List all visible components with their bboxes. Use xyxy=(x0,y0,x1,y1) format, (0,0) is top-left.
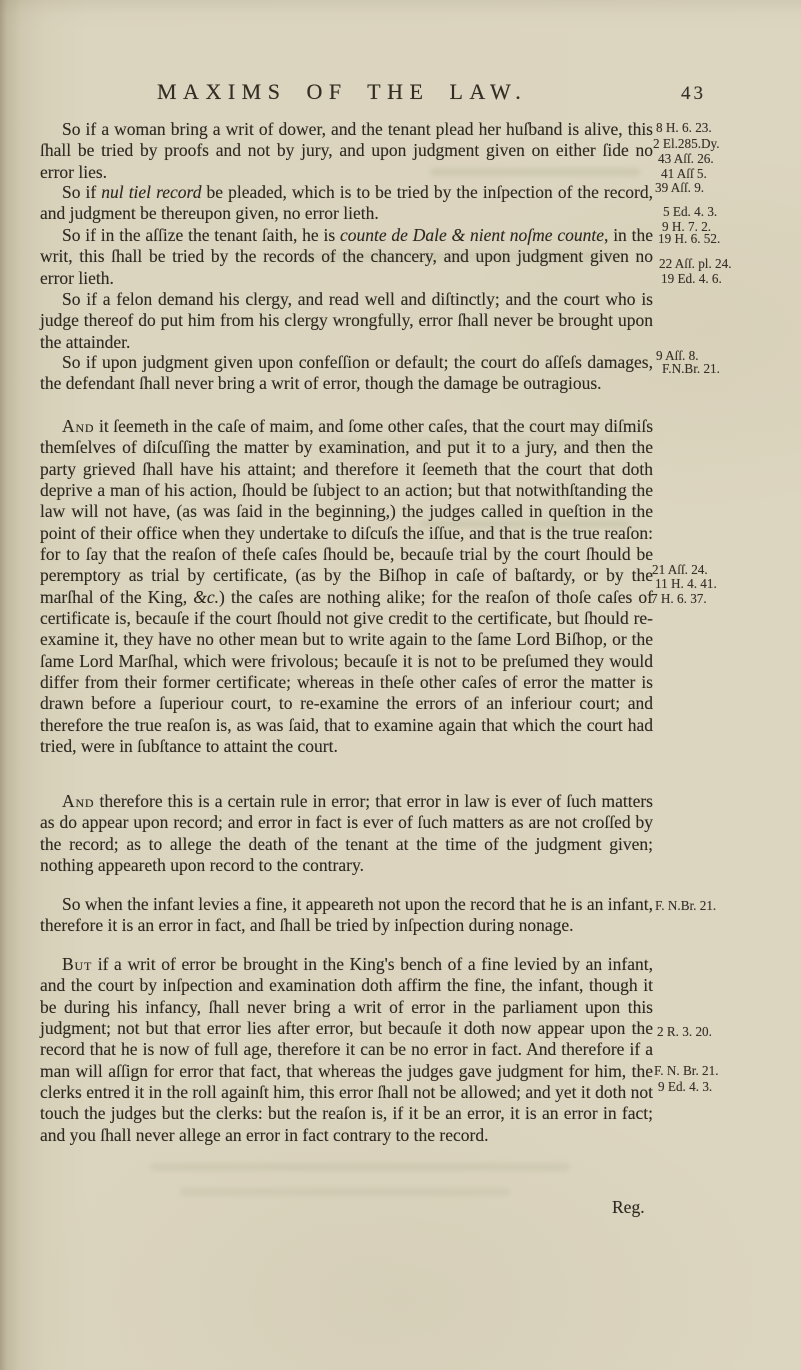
margin-citation: F.N.Br. 21. xyxy=(662,362,720,376)
paragraph: So if a woman bring a writ of dower, and… xyxy=(40,119,653,183)
text-run: So when the infant levies a fine, it app… xyxy=(40,894,653,935)
margin-citation: 41 Aſſ 5. xyxy=(661,167,707,181)
margin-citation: F. N.Br. 21. xyxy=(655,899,716,913)
margin-citation: 43 Aſſ. 26. xyxy=(658,152,714,166)
margin-citation: 5 Ed. 4. 3. xyxy=(663,205,717,219)
paragraph: And it ſeemeth in the caſe of maim, and … xyxy=(40,416,653,758)
margin-citation: 2 El.285.Dy. xyxy=(653,137,720,151)
margin-citation: F. N. Br. 21. xyxy=(654,1064,719,1078)
text-run: So if in the aſſize the tenant ſaith, he… xyxy=(62,225,340,245)
text-run: therefore this is a certain rule in erro… xyxy=(40,791,653,875)
margin-citation: 2 R. 3. 20. xyxy=(657,1025,712,1039)
margin-citation: 21 Aſſ. 24. xyxy=(652,563,708,577)
margin-citation: 22 Aſſ. pl. 24. xyxy=(659,257,732,271)
margin-citation: 7 H. 6. 37. xyxy=(651,592,707,606)
text-run: So if upon judgment given upon confeſſio… xyxy=(40,352,653,393)
page-showthrough xyxy=(150,1163,570,1171)
margin-citation: 19 H. 6. 52. xyxy=(658,232,720,246)
text-run: So if a woman bring a writ of dower, and… xyxy=(40,119,653,182)
smallcaps-word: And xyxy=(62,791,94,811)
page-number: 43 xyxy=(681,83,706,105)
smallcaps-word: And xyxy=(62,416,94,436)
smallcaps-word: But xyxy=(62,954,92,974)
paragraph: So if nul tiel record be pleaded, which … xyxy=(40,182,653,225)
margin-citation: 9 Ed. 4. 3. xyxy=(658,1080,712,1094)
text-run: So if xyxy=(62,182,101,202)
margin-citation: 39 Aſſ. 9. xyxy=(655,181,704,195)
paragraph: But if a writ of error be brought in the… xyxy=(40,954,653,1146)
paragraph: So if in the aſſize the tenant ſaith, he… xyxy=(40,225,653,289)
text-run: So if a felon demand his clergy, and rea… xyxy=(40,289,653,352)
paragraph: And therefore this is a certain rule in … xyxy=(40,791,653,876)
paragraph: So if a felon demand his clergy, and rea… xyxy=(40,289,653,353)
italic-phrase: nul tiel record xyxy=(101,182,201,202)
italic-phrase: &c. xyxy=(193,587,219,607)
text-run: it ſeemeth in the caſe of maim, and ſome… xyxy=(40,416,653,607)
text-run: if a writ of error be brought in the Kin… xyxy=(40,954,653,1145)
paragraph: So if upon judgment given upon confeſſio… xyxy=(40,352,653,395)
paragraph: So when the infant levies a fine, it app… xyxy=(40,894,653,937)
book-page: MAXIMS OF THE LAW. 43 So if a woman brin… xyxy=(0,0,801,1370)
margin-citation: 11 H. 4. 41. xyxy=(655,577,717,591)
text-run: ) the caſes are nothing alike; for the r… xyxy=(40,587,653,756)
page-title: MAXIMS OF THE LAW. xyxy=(157,79,527,105)
page-showthrough xyxy=(180,1188,510,1196)
margin-citation: 8 H. 6. 23. xyxy=(656,121,712,135)
catchword: Reg. xyxy=(612,1197,645,1218)
margin-citation: 19 Ed. 4. 6. xyxy=(661,272,722,286)
italic-phrase: counte de Dale & nient noſme counte xyxy=(340,225,604,245)
